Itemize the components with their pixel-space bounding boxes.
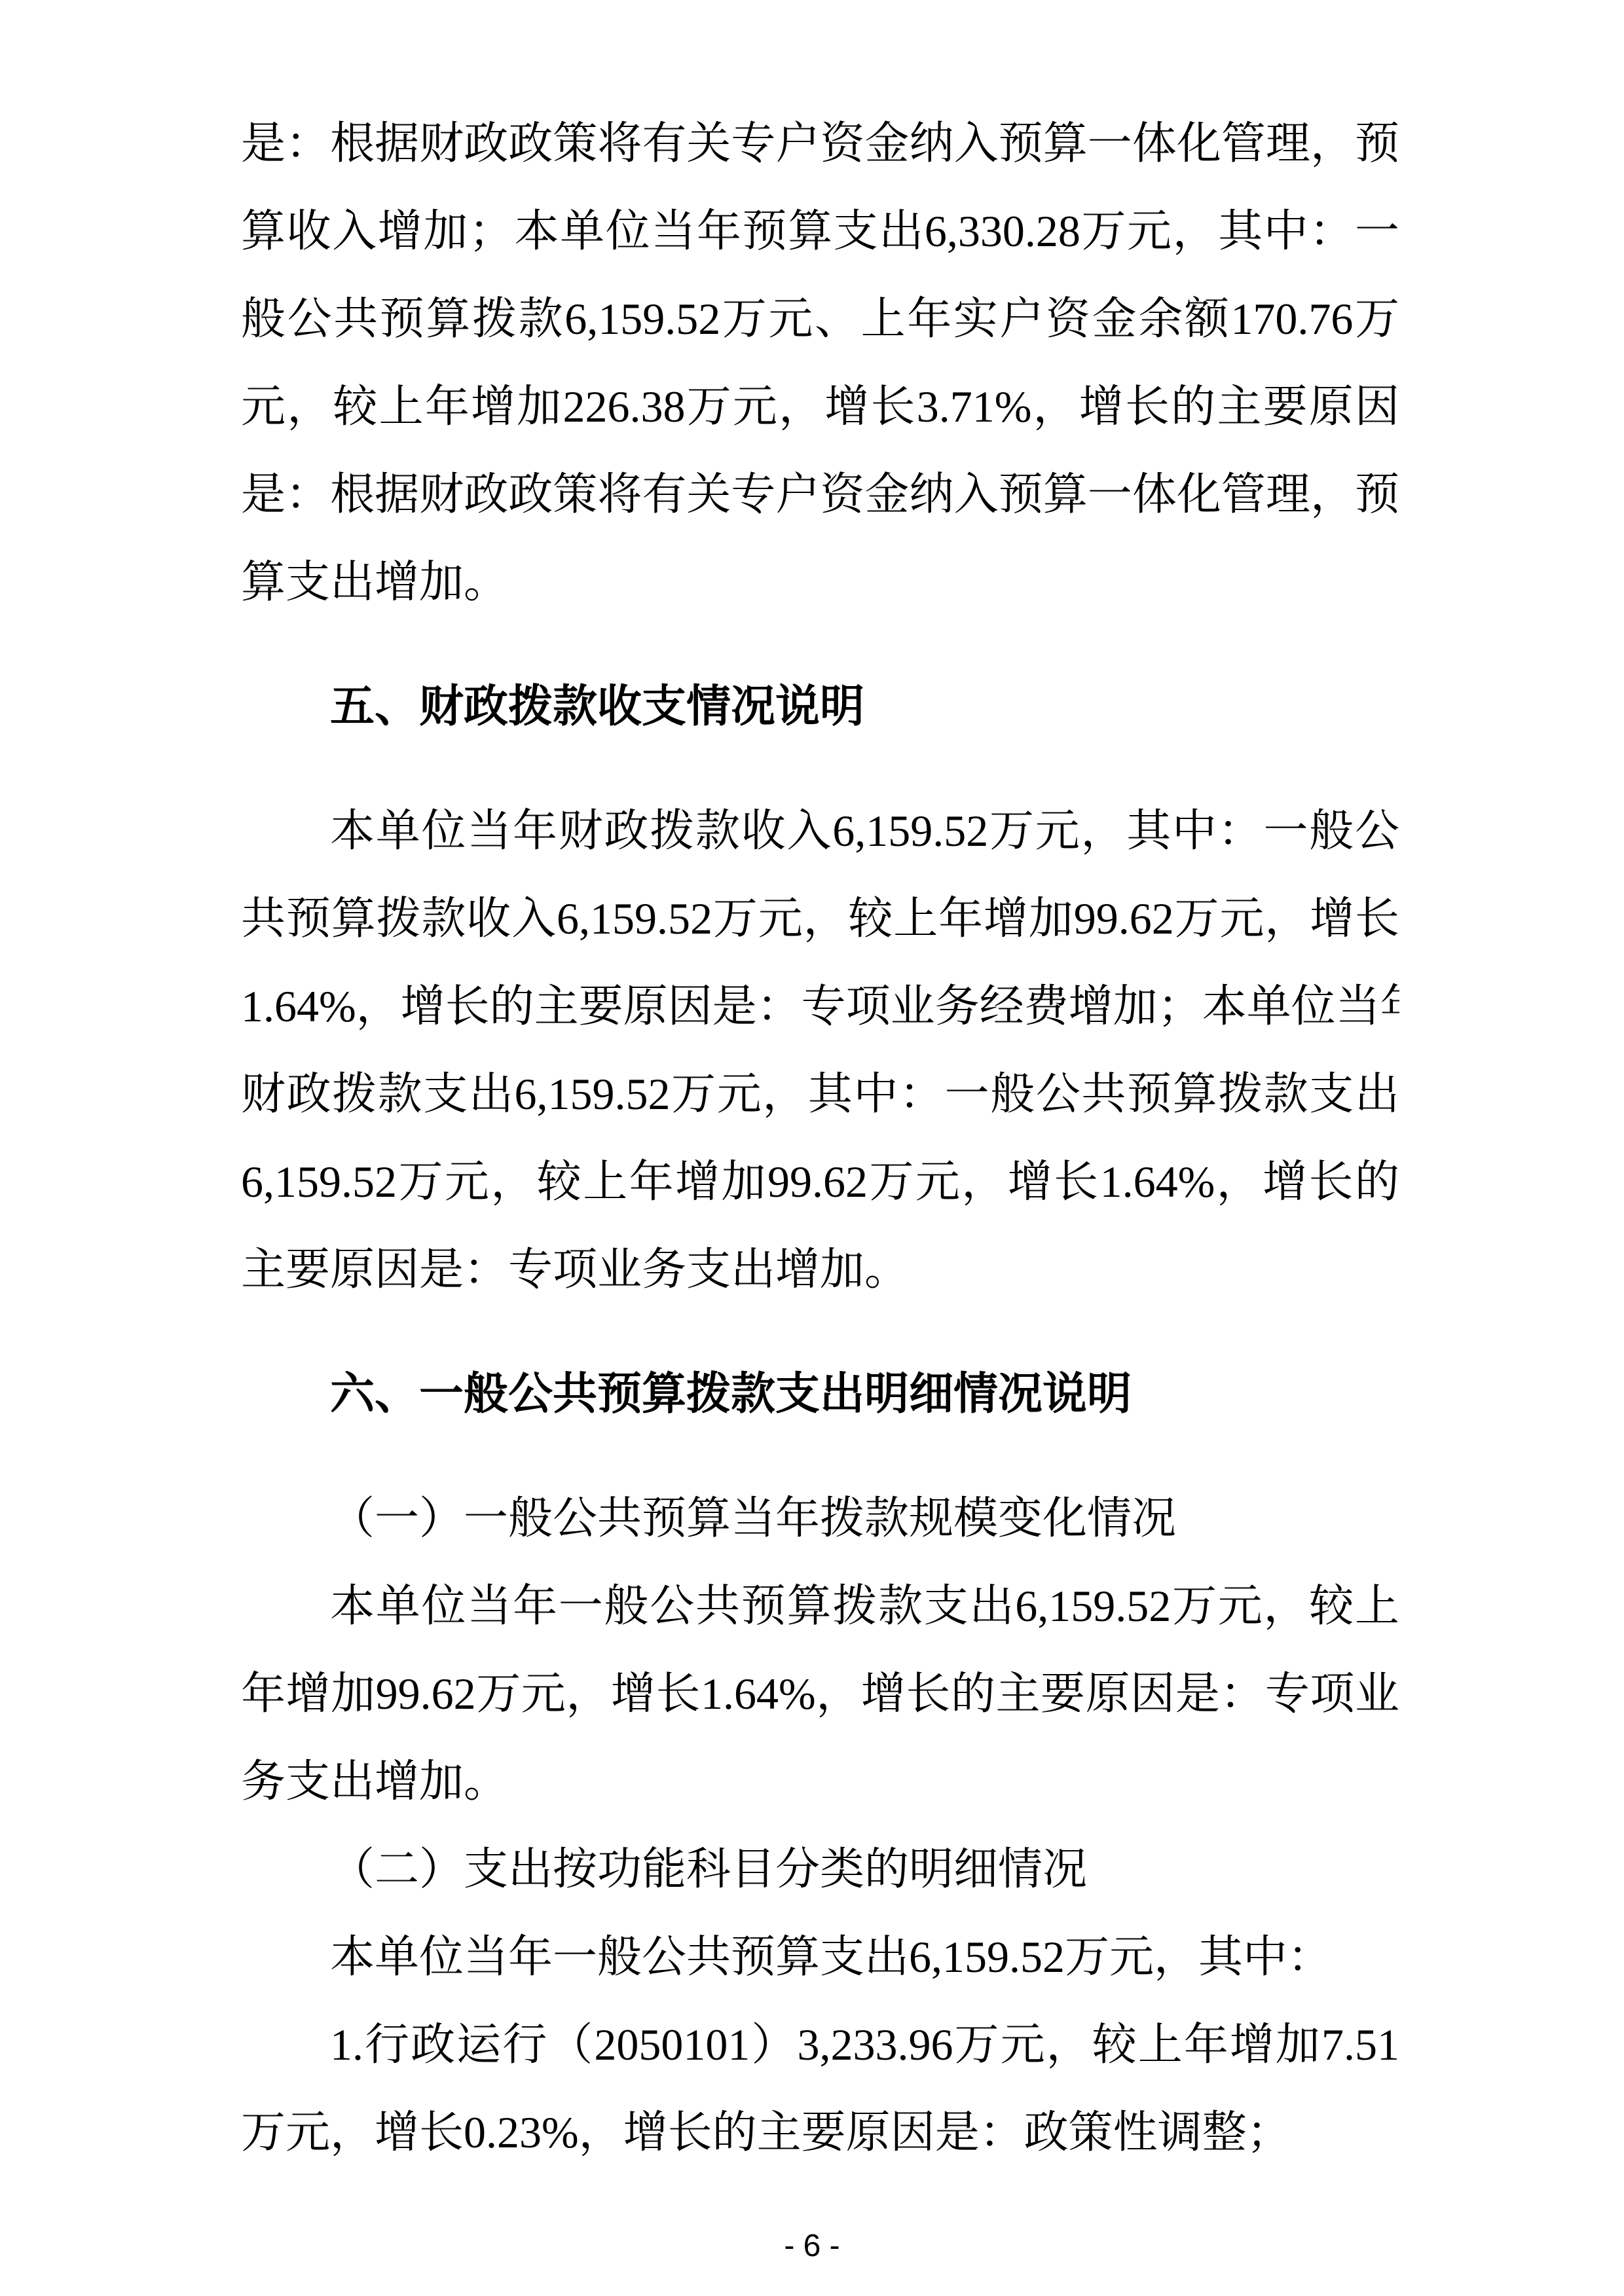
text-line: （二）支出按功能科目分类的明细情况: [241, 1825, 1399, 1913]
text-line: 务支出增加。: [241, 1738, 1399, 1825]
text-line: 是：根据财政政策将有关专户资金纳入预算一体化管理，预: [241, 450, 1399, 538]
text-line: 元，较上年增加226.38万元，增长3.71%，增长的主要原因: [241, 363, 1399, 450]
page-number: - 6 -: [784, 2229, 840, 2263]
text-line: 是：根据财政政策将有关专户资金纳入预算一体化管理，预: [241, 100, 1399, 187]
paragraph-fiscal-appropriation: 本单位当年财政拨款收入6,159.52万元，其中：一般公共预算拨款收入6,159…: [241, 787, 1399, 1313]
text-line: 五、财政拨款收支情况说明: [241, 663, 1399, 750]
text-line: 算收入增加；本单位当年预算支出6,330.28万元，其中：一: [241, 187, 1399, 275]
text-line: 般公共预算拨款6,159.52万元、上年实户资金余额170.76万: [241, 275, 1399, 363]
document-page: 是：根据财政政策将有关专户资金纳入预算一体化管理，预算收入增加；本单位当年预算支…: [0, 0, 1624, 2296]
text-line: 主要原因是：专项业务支出增加。: [241, 1226, 1399, 1313]
subsection-heading-1: （一）一般公共预算当年拨款规模变化情况: [241, 1474, 1399, 1562]
text-line: 本单位当年一般公共预算拨款支出6,159.52万元，较上: [241, 1562, 1399, 1650]
section-heading-5: 五、财政拨款收支情况说明: [241, 663, 1399, 750]
paragraph-scale-change: 本单位当年一般公共预算拨款支出6,159.52万元，较上年增加99.62万元，增…: [241, 1562, 1399, 1825]
paragraph-function-intro: 本单位当年一般公共预算支出6,159.52万元，其中：: [241, 1913, 1399, 2001]
text-line: 共预算拨款收入6,159.52万元，较上年增加99.62万元，增长: [241, 875, 1399, 962]
text-line: 1.行政运行（2050101）3,233.96万元，较上年增加7.51: [241, 2001, 1399, 2088]
paragraph-budget-continued: 是：根据财政政策将有关专户资金纳入预算一体化管理，预算收入增加；本单位当年预算支…: [241, 100, 1399, 626]
text-line: （一）一般公共预算当年拨款规模变化情况: [241, 1474, 1399, 1562]
text-line: 年增加99.62万元，增长1.64%，增长的主要原因是：专项业: [241, 1650, 1399, 1738]
paragraph-item-1-administration: 1.行政运行（2050101）3,233.96万元，较上年增加7.51万元，增长…: [241, 2001, 1399, 2176]
text-line: 6,159.52万元，较上年增加99.62万元，增长1.64%，增长的: [241, 1138, 1399, 1226]
text-line: 万元，增长0.23%，增长的主要原因是：政策性调整；: [241, 2088, 1399, 2176]
document-body: 是：根据财政政策将有关专户资金纳入预算一体化管理，预算收入增加；本单位当年预算支…: [241, 100, 1399, 2176]
text-line: 六、一般公共预算拨款支出明细情况说明: [241, 1350, 1399, 1438]
text-line: 财政拨款支出6,159.52万元，其中：一般公共预算拨款支出: [241, 1050, 1399, 1138]
subsection-heading-2: （二）支出按功能科目分类的明细情况: [241, 1825, 1399, 1913]
text-line: 本单位当年财政拨款收入6,159.52万元，其中：一般公: [241, 787, 1399, 875]
text-line: 1.64%，增长的主要原因是：专项业务经费增加；本单位当年: [241, 962, 1399, 1050]
text-line: 本单位当年一般公共预算支出6,159.52万元，其中：: [241, 1913, 1399, 2001]
text-line: 算支出增加。: [241, 538, 1399, 626]
page-footer: - 6 -: [0, 2223, 1624, 2269]
section-heading-6: 六、一般公共预算拨款支出明细情况说明: [241, 1350, 1399, 1438]
